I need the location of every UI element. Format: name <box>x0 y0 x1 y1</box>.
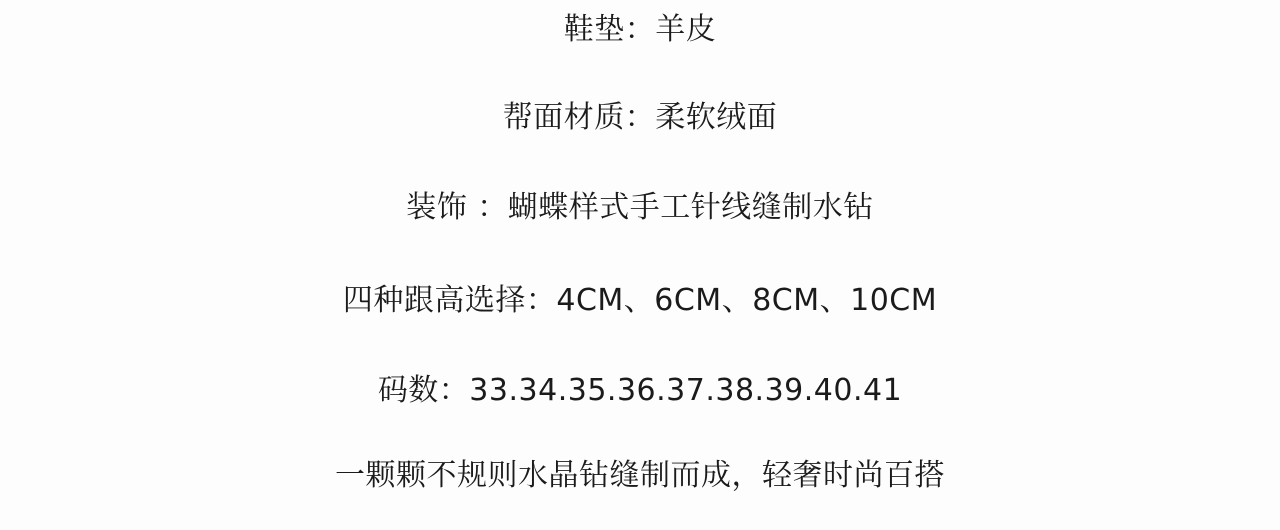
spec-line-insole: 鞋垫：羊皮 <box>0 13 1280 47</box>
spec-line-tagline: 一颗颗不规则水晶钻缝制而成，轻奢时尚百搭 <box>0 459 1280 493</box>
product-spec-sheet: 鞋垫：羊皮 帮面材质：柔软绒面 装饰 ：蝴蝶样式手工针线缝制水钻 四种跟高选择：… <box>0 0 1280 530</box>
spec-line-heel-heights: 四种跟高选择：4CM、6CM、8CM、10CM <box>0 284 1280 318</box>
spec-line-sizes: 码数：33.34.35.36.37.38.39.40.41 <box>0 374 1280 408</box>
spec-line-decoration: 装饰 ：蝴蝶样式手工针线缝制水钻 <box>0 191 1280 225</box>
spec-line-upper-material: 帮面材质：柔软绒面 <box>0 101 1280 135</box>
